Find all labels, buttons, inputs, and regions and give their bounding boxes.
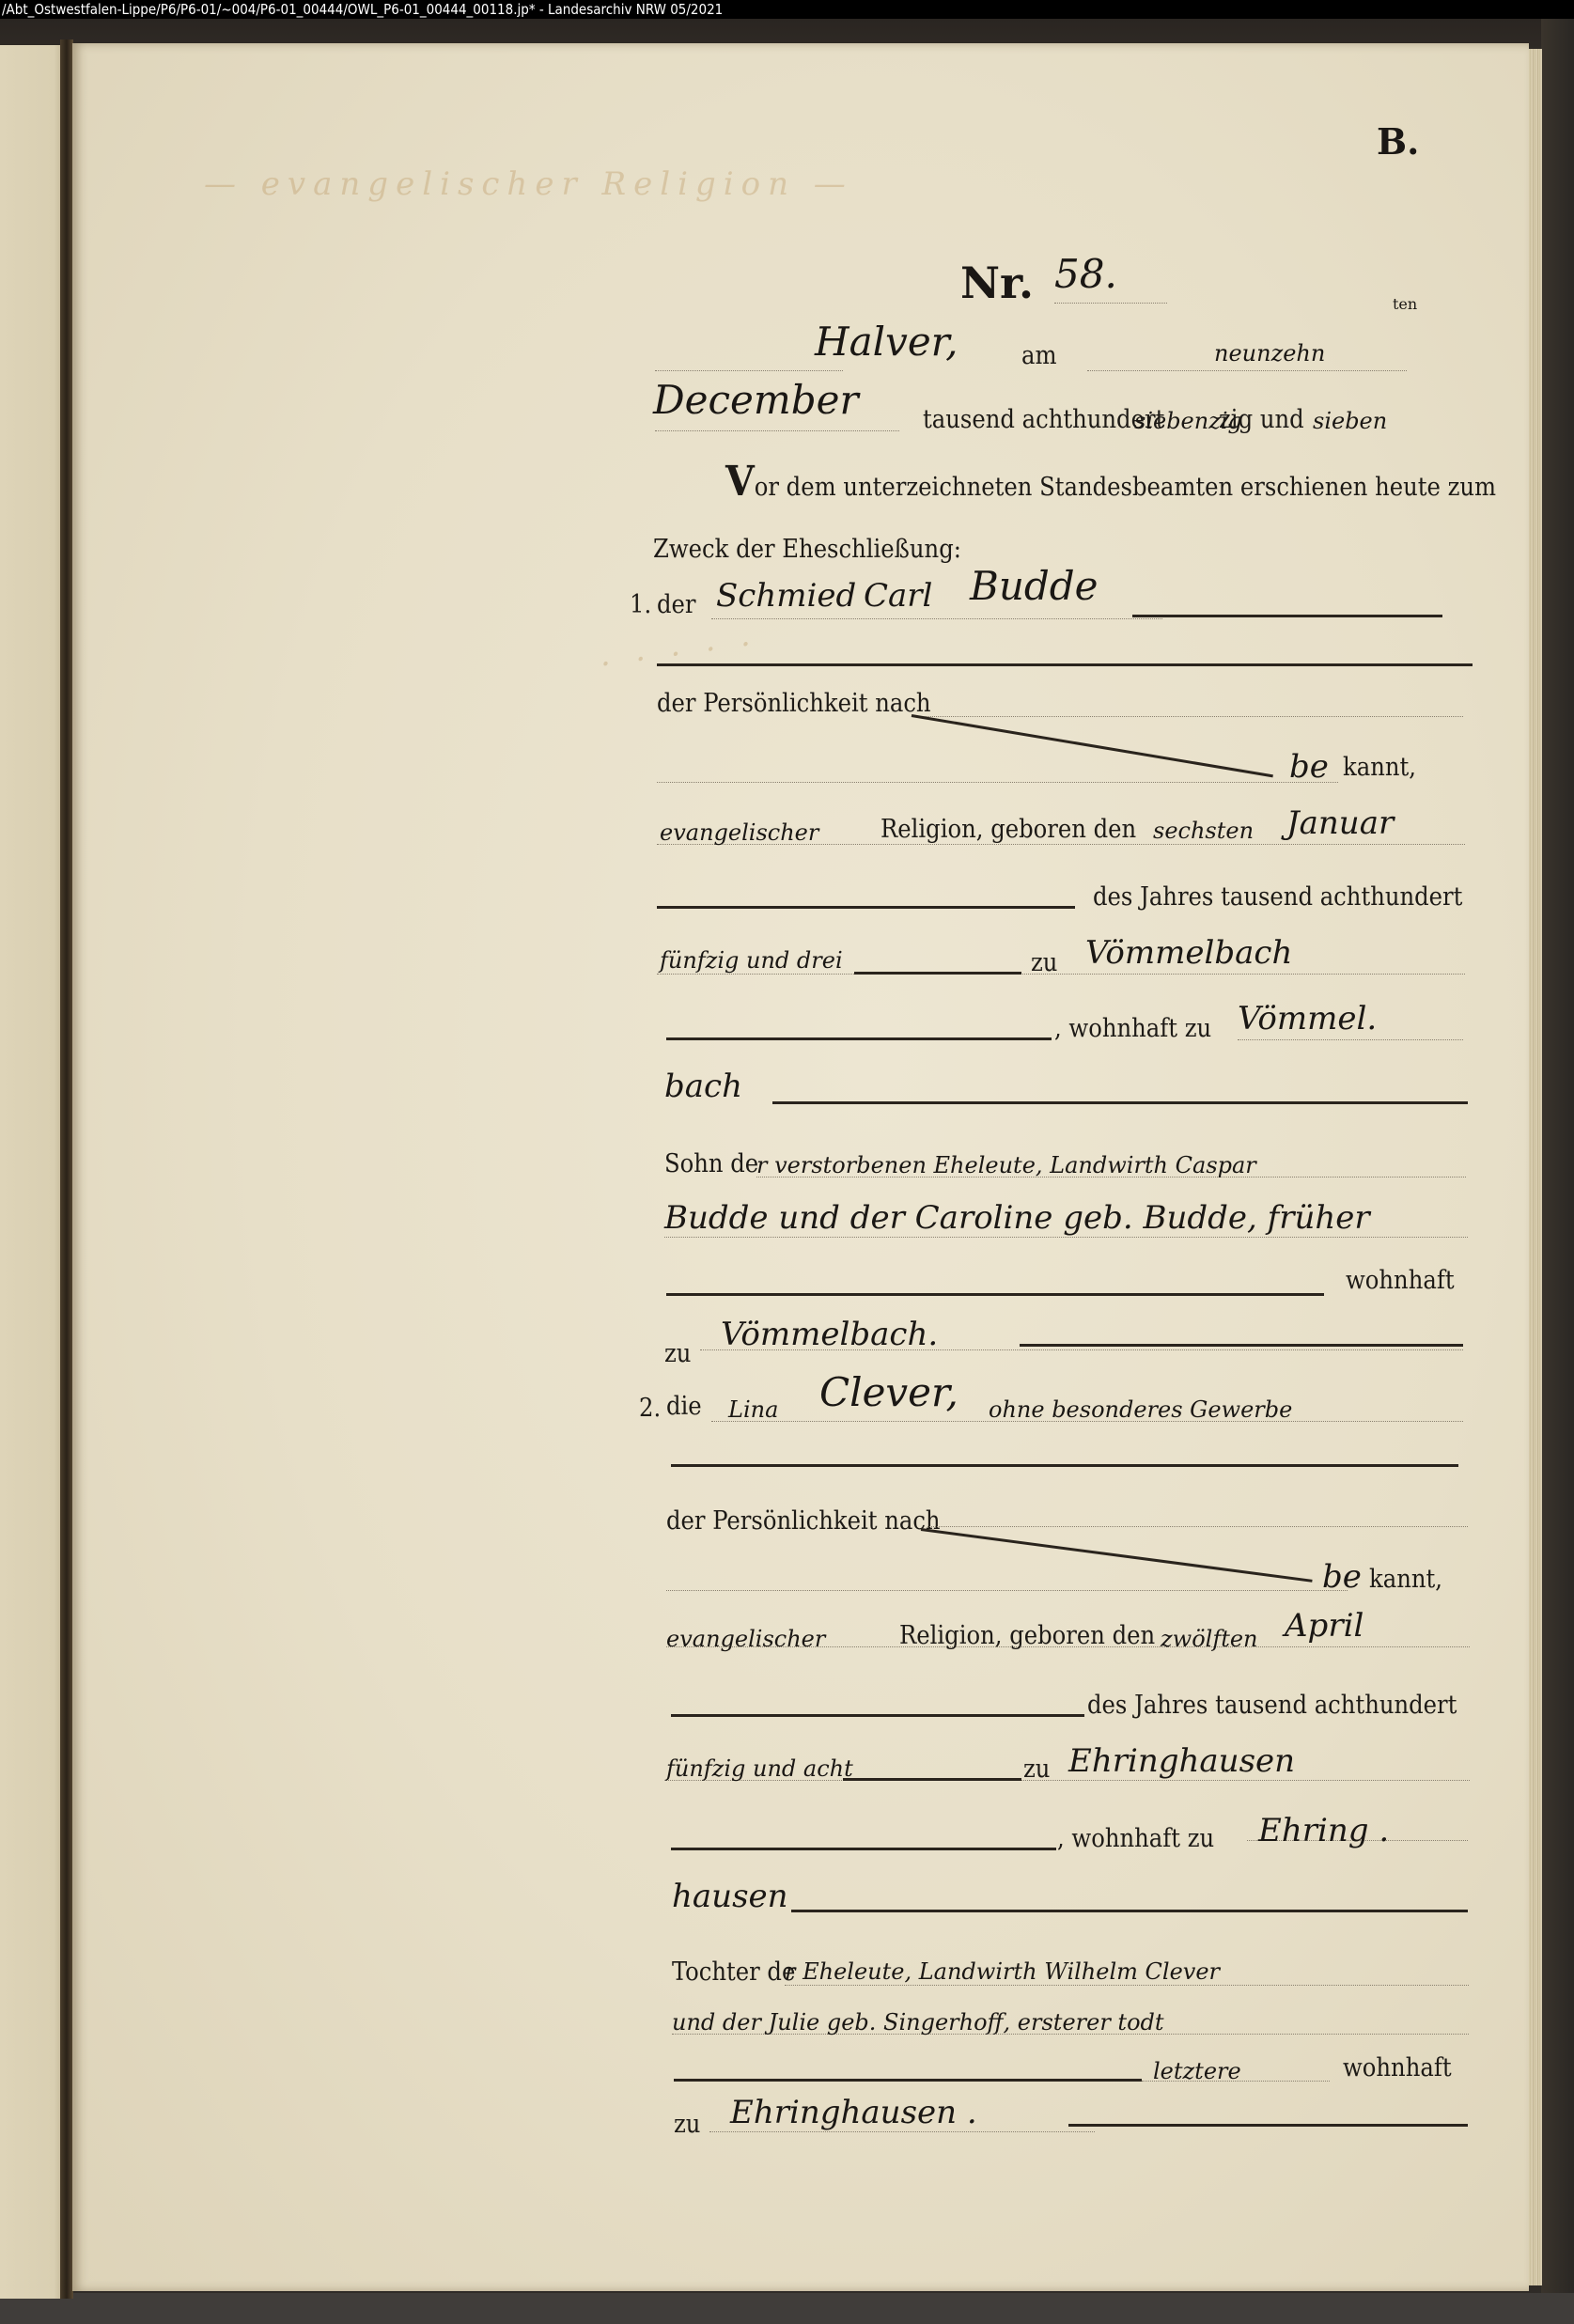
bride-residence-label: , wohnhaft zu xyxy=(1057,1825,1214,1853)
bride-religion-label: Religion, geboren den xyxy=(899,1622,1155,1650)
groom-occupation: Schmied xyxy=(716,579,856,613)
book-cover-right-edge xyxy=(1541,19,1574,2324)
section-letter: B. xyxy=(1377,120,1419,163)
fill-rule xyxy=(671,1464,1458,1467)
fill-rule xyxy=(671,1714,1084,1717)
bride-parents-label: Tochter de xyxy=(672,1958,795,1987)
left-page-strip xyxy=(0,45,68,2299)
entry-number: 58. xyxy=(1054,257,1117,291)
dotted-line xyxy=(918,716,1463,717)
strike-line xyxy=(912,714,1273,777)
fill-rule xyxy=(657,663,1473,666)
groom-residence-2: bach xyxy=(664,1069,742,1103)
groom-zu-label: zu xyxy=(1031,949,1057,977)
bride-article: die xyxy=(666,1393,702,1421)
bride-parents-line3: letztere xyxy=(1153,2054,1241,2088)
groom-parents-line2: Budde und der Caroline geb. Budde, frühe… xyxy=(664,1201,1370,1235)
dotted-line xyxy=(1087,370,1407,371)
groom-identity-label: der Persönlichkeit nach xyxy=(657,690,931,718)
groom-residence-label: , wohnhaft zu xyxy=(1054,1015,1211,1043)
fill-rule xyxy=(854,972,1021,975)
bleed-through-text: — evangelischer Religion — xyxy=(204,165,853,203)
year-label: tausend achthundert xyxy=(923,406,1164,434)
intro-text: or dem unterzeichneten Standesbeamten er… xyxy=(755,473,1496,502)
bride-religion: evangelischer xyxy=(666,1622,825,1656)
register-page: — evangelischer Religion — . . . . . B. … xyxy=(72,43,1529,2291)
dotted-line xyxy=(927,1526,1468,1527)
dotted-line xyxy=(657,782,1338,783)
intro-line-1: Vor dem unterzeichneten Standesbeamten e… xyxy=(725,468,1496,502)
dotted-line xyxy=(655,430,899,431)
fill-rule xyxy=(674,2079,1142,2082)
marriage-year-units: sieben xyxy=(1313,404,1387,438)
fill-rule xyxy=(843,1778,1021,1781)
bride-surname: Clever, xyxy=(819,1376,958,1410)
groom-birth-place: Vömmelbach xyxy=(1085,936,1292,970)
bride-parents-line1: r Eheleute, Landwirth Wilhelm Clever xyxy=(785,1955,1220,1989)
groom-surname: Budde xyxy=(970,569,1099,603)
marriage-day: neunzehn xyxy=(1214,336,1325,370)
intro-line-2: Zweck der Eheschließung: xyxy=(653,536,961,564)
groom-birth-year: fünfzig und drei xyxy=(660,944,843,977)
bride-parents-residence-label: wohnhaft xyxy=(1343,2054,1452,2082)
groom-number: 1. xyxy=(630,591,651,619)
bride-parents-zu: zu xyxy=(674,2111,700,2139)
groom-article: der xyxy=(657,591,696,619)
bride-residence-2: hausen xyxy=(672,1879,788,1913)
groom-birth-day: sechsten xyxy=(1153,814,1254,848)
window-title-bar: /Abt_Ostwestfalen-Lippe/P6/P6-01/~004/P6… xyxy=(0,0,1574,19)
groom-parents-line1: r verstorbenen Eheleute, Landwirth Caspa… xyxy=(756,1148,1256,1182)
groom-residence-1: Vömmel. xyxy=(1238,1002,1377,1036)
fill-rule xyxy=(772,1101,1468,1104)
groom-identity-value: be xyxy=(1289,750,1329,784)
page-stack-edges xyxy=(1529,49,1542,2285)
place-name: Halver, xyxy=(815,325,958,359)
fill-rule xyxy=(657,906,1075,909)
bride-birth-day: zwölften xyxy=(1161,1622,1258,1656)
fill-rule xyxy=(1068,2124,1468,2127)
groom-parents-label: Sohn de xyxy=(664,1150,758,1178)
dotted-line xyxy=(1238,1039,1463,1040)
window-title: /Abt_Ostwestfalen-Lippe/P6/P6-01/~004/P6… xyxy=(2,1,723,18)
groom-religion: evangelischer xyxy=(660,816,818,850)
fill-rule xyxy=(666,1037,1052,1040)
bride-identity-suffix: kannt, xyxy=(1369,1566,1442,1594)
bride-residence-1: Ehring . xyxy=(1258,1814,1389,1848)
am-label: am xyxy=(1021,342,1057,370)
dotted-line xyxy=(655,370,843,371)
strike-line xyxy=(921,1528,1313,1583)
groom-parents-residence-label: wohnhaft xyxy=(1346,1267,1455,1295)
groom-given-name: Carl xyxy=(864,579,932,613)
fill-rule xyxy=(671,1848,1056,1850)
dotted-line xyxy=(709,2131,1095,2132)
book-spine-gutter xyxy=(60,39,73,2299)
bride-identity-label: der Persönlichkeit nach xyxy=(666,1507,941,1536)
groom-parents-zu: zu xyxy=(664,1340,691,1368)
marriage-month: December xyxy=(653,383,859,417)
dotted-line xyxy=(664,1237,1468,1238)
groom-identity-suffix: kannt, xyxy=(1343,754,1416,782)
bride-number: 2. xyxy=(639,1395,661,1423)
bride-birth-year: fünfzig und acht xyxy=(666,1752,853,1786)
bride-birth-month: April xyxy=(1285,1609,1364,1643)
fill-rule xyxy=(1020,1344,1463,1347)
bride-year-label: des Jahres tausend achthundert xyxy=(1087,1692,1457,1720)
groom-parents-residence: Vömmelbach. xyxy=(721,1318,938,1351)
bride-zu-label: zu xyxy=(1023,1755,1050,1784)
fill-rule xyxy=(666,1293,1324,1296)
dotted-line xyxy=(711,618,1162,619)
fill-rule xyxy=(1132,615,1442,617)
entry-label: Nr. xyxy=(960,257,1034,308)
bride-identity-value: be xyxy=(1322,1560,1362,1594)
day-suffix: ten xyxy=(1393,295,1417,313)
bride-birth-place: Ehringhausen xyxy=(1068,1744,1295,1778)
groom-religion-label: Religion, geboren den xyxy=(881,816,1136,844)
dotted-line xyxy=(666,1590,1348,1591)
bride-parents-residence: Ehringhausen . xyxy=(730,2096,977,2129)
groom-year-label: des Jahres tausend achthundert xyxy=(1093,883,1462,912)
bride-parents-line2: und der Julie geb. Singerhoff, ersterer … xyxy=(672,2005,1164,2039)
dotted-line xyxy=(1054,303,1167,304)
fill-rule xyxy=(791,1910,1468,1912)
bride-occupation: ohne besonderes Gewerbe xyxy=(989,1393,1292,1427)
bride-given-name: Lina xyxy=(728,1393,778,1427)
intro-initial: V xyxy=(725,458,755,506)
zig-und-label: zig und xyxy=(1219,406,1304,434)
book-cover-bottom-edge xyxy=(0,2293,1574,2324)
groom-birth-month: Januar xyxy=(1286,806,1394,840)
